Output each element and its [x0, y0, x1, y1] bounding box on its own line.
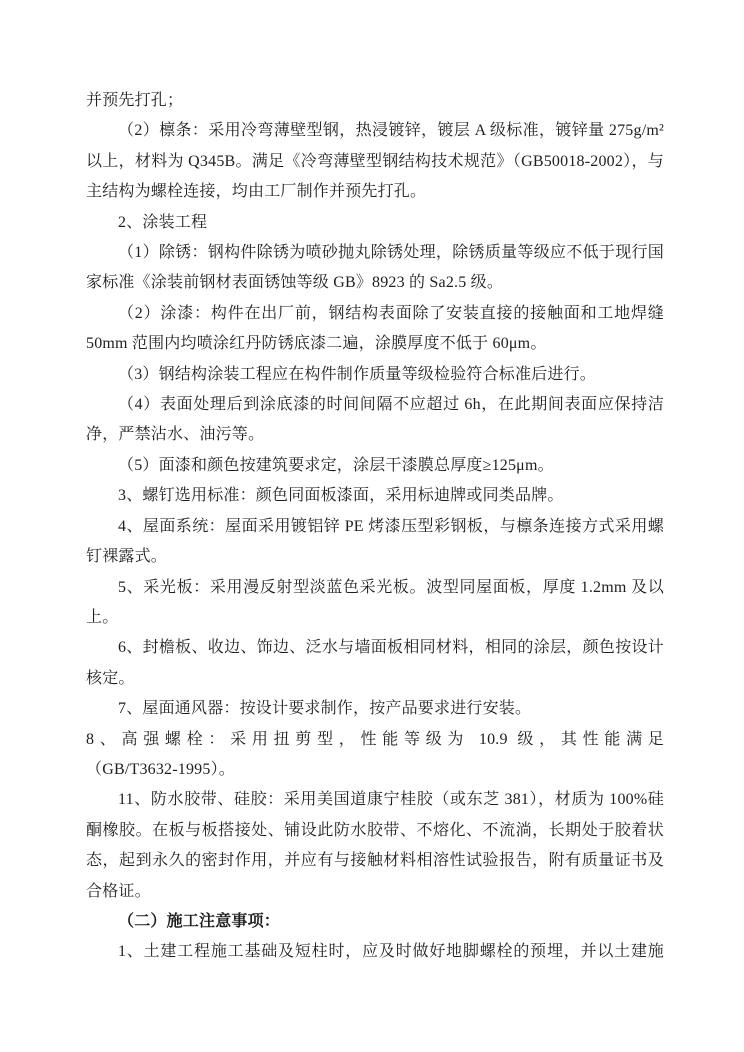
paragraph-9: 3、螺钉选用标准：颜色同面板漆面，采用标迪牌或同类品牌。 — [86, 481, 664, 511]
document-body: 并预先打孔；（2）檩条：采用冷弯薄壁型钢，热浸镀锌，镀层 A 级标准，镀锌量 2… — [86, 86, 664, 968]
paragraph-2: （2）檩条：采用冷弯薄壁型钢，热浸镀锌，镀层 A 级标准，镀锌量 275g/m²… — [86, 116, 664, 207]
paragraph-4: （1）除锈：钢构件除锈为喷砂抛丸除锈处理，除锈质量等级应不低于现行国家标准《涂装… — [86, 238, 664, 299]
paragraph-5: （2）涂漆：构件在出厂前，钢结构表面除了安装直接的接触面和工地焊缝 50mm 范… — [86, 299, 664, 360]
paragraph-10: 4、屋面系统：屋面采用镀铝锌 PE 烤漆压型彩钢板，与檩条连接方式采用螺钉裸露式… — [86, 512, 664, 573]
paragraph-17: （二）施工注意事项： — [86, 907, 664, 937]
paragraph-14: 8、高强螺栓：采用扭剪型，性能等级为 10.9 级，其性能满足 — [86, 725, 664, 755]
paragraph-8: （5）面漆和颜色按建筑要求定，涂层干漆膜总厚度≥125μm。 — [86, 451, 664, 481]
paragraph-12: 6、封檐板、收边、饰边、泛水与墙面板相同材料，相同的涂层，颜色按设计核定。 — [86, 633, 664, 694]
paragraph-15: （GB/T3632-1995）。 — [86, 755, 664, 785]
paragraph-1: 并预先打孔； — [86, 86, 664, 116]
paragraph-16: 11、防水胶带、硅胶：采用美国道康宁桂胶（或东芝 381），材质为 100%硅酮… — [86, 785, 664, 907]
paragraph-11: 5、采光板：采用漫反射型淡蓝色采光板。波型同屋面板，厚度 1.2mm 及以上。 — [86, 573, 664, 634]
paragraph-13: 7、屋面通风器：按设计要求制作，按产品要求进行安装。 — [86, 694, 664, 724]
paragraph-3: 2、涂装工程 — [86, 208, 664, 238]
paragraph-7: （4）表面处理后到涂底漆的时间间隔不应超过 6h，在此期间表面应保持洁净，严禁沾… — [86, 390, 664, 451]
paragraph-6: （3）钢结构涂装工程应在构件制作质量等级检验符合标准后进行。 — [86, 360, 664, 390]
paragraph-18: 1、土建工程施工基础及短柱时，应及时做好地脚螺栓的预埋，并以土建施 — [86, 937, 664, 967]
document-page: 并预先打孔；（2）檩条：采用冷弯薄壁型钢，热浸镀锌，镀层 A 级标准，镀锌量 2… — [0, 0, 744, 1052]
